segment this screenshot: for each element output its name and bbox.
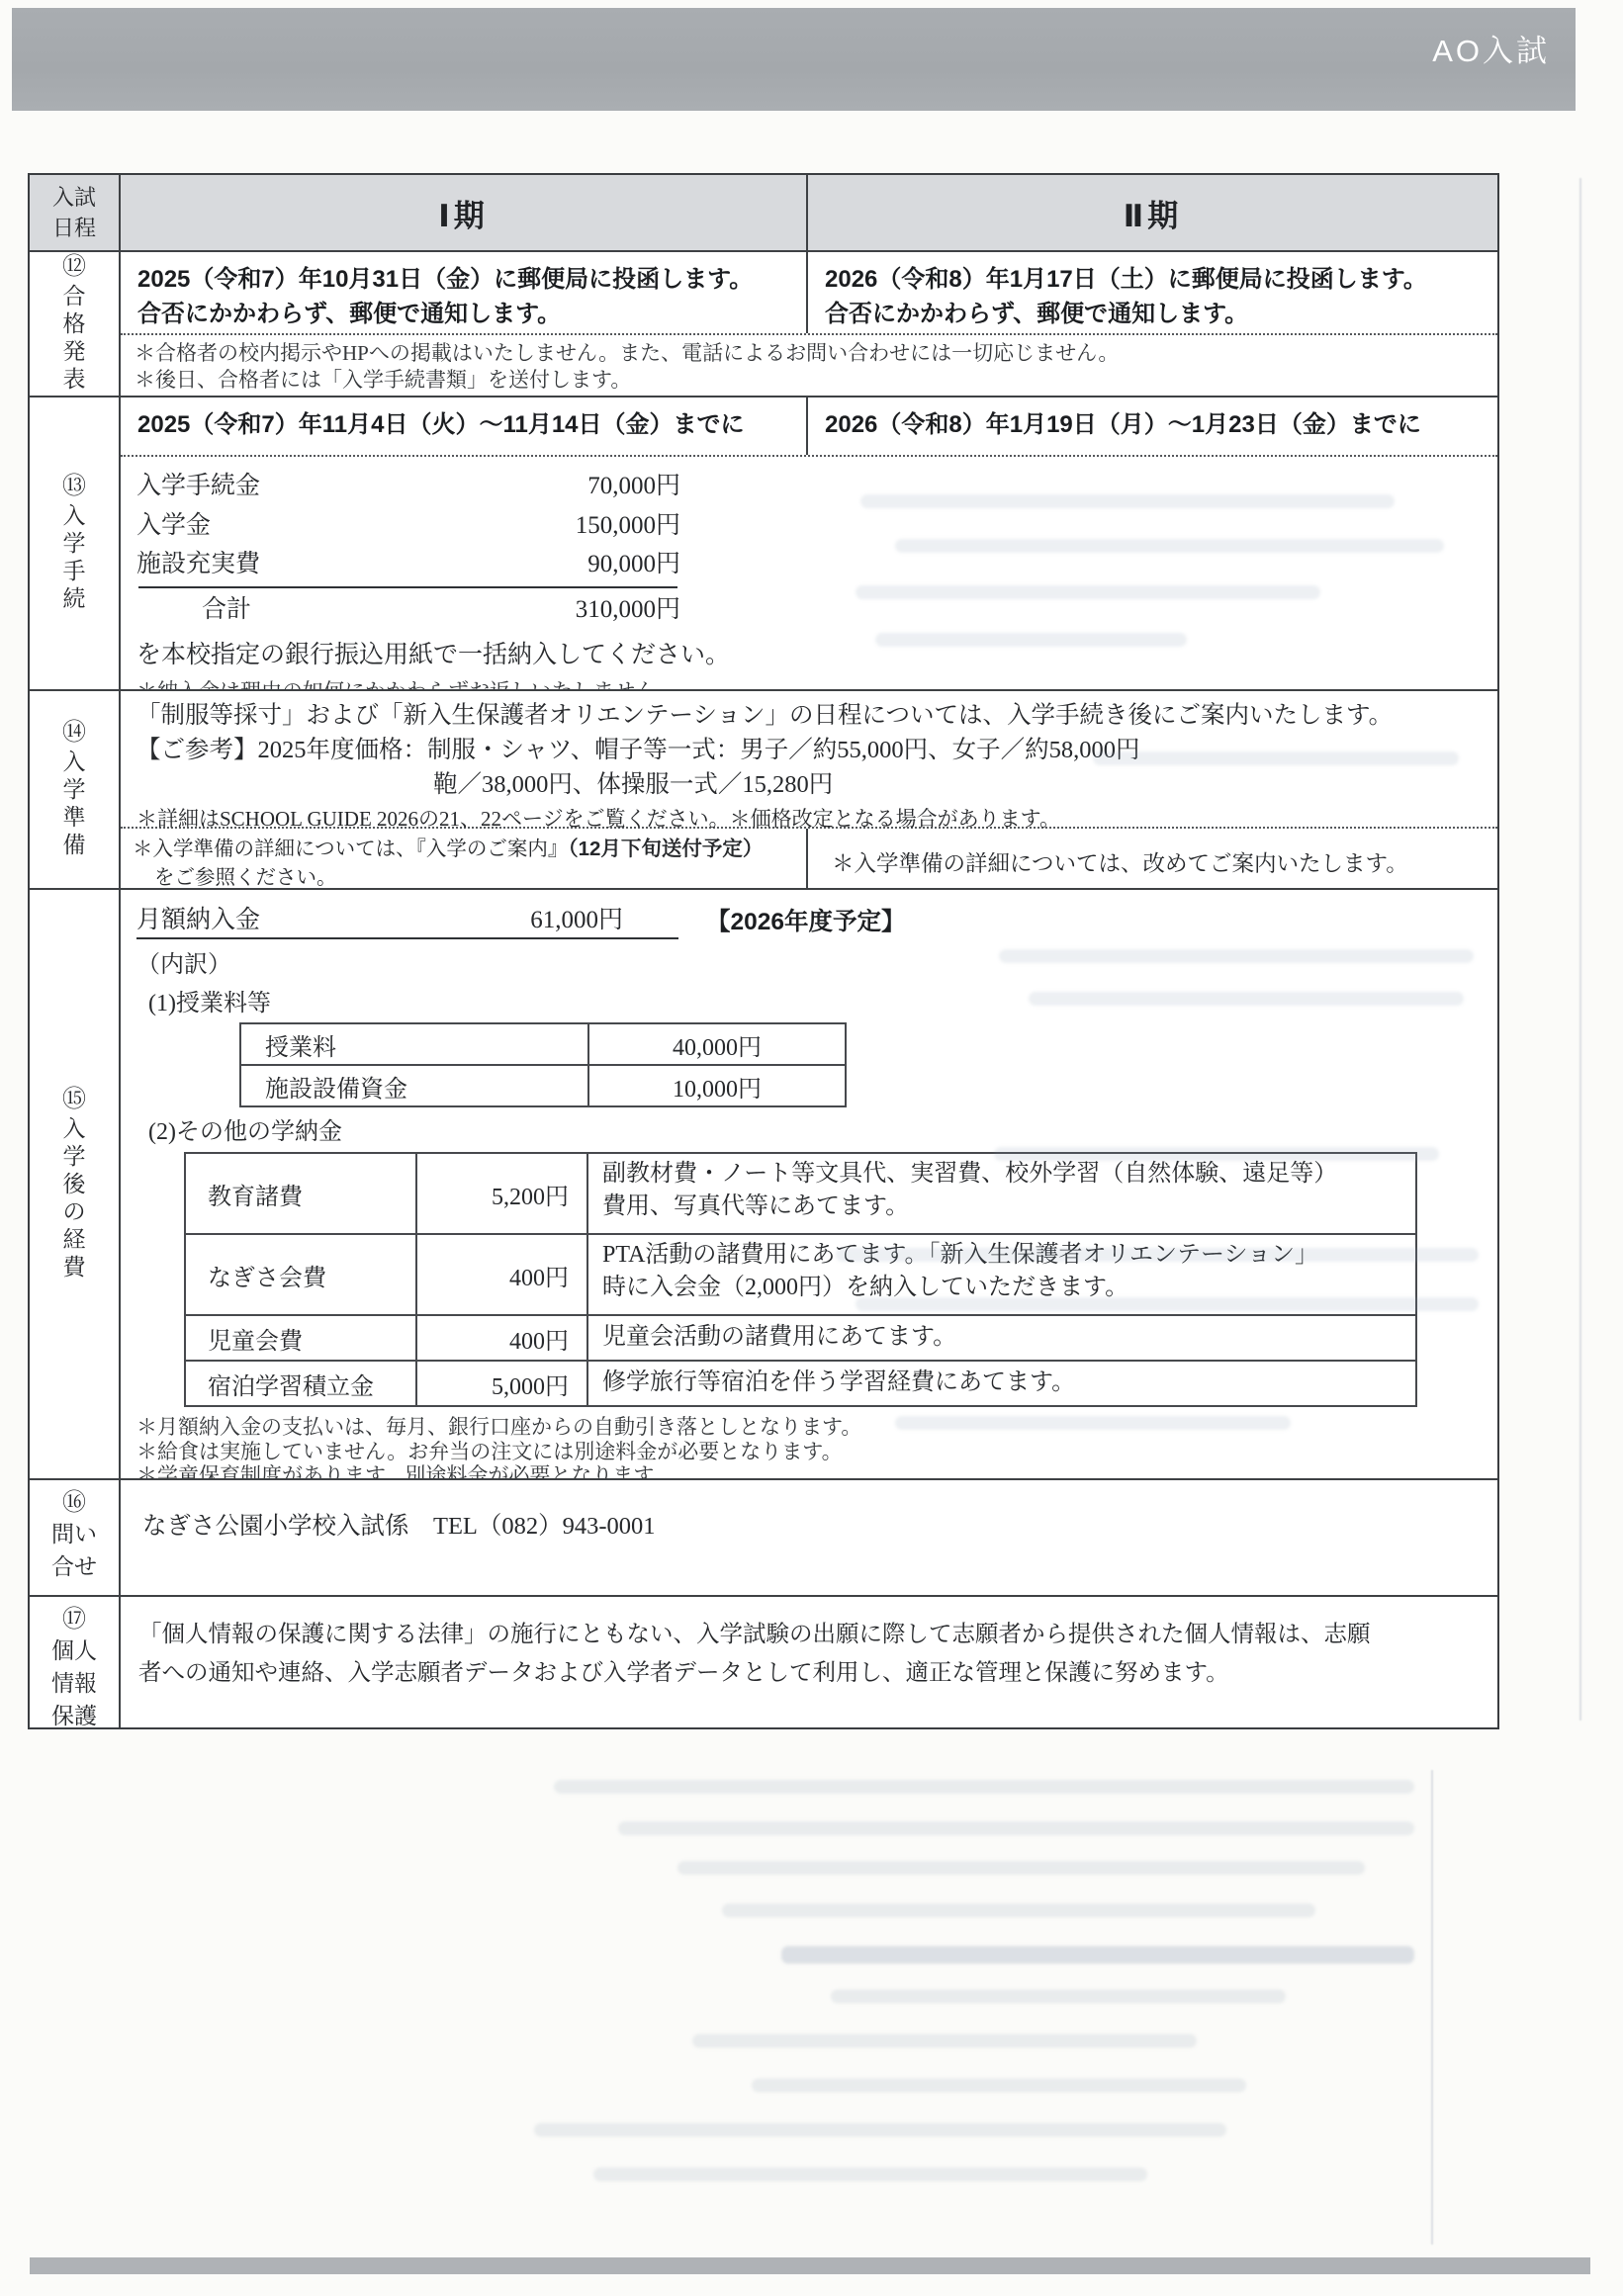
row12-term2-line2: 合否にかかわらず、郵便で通知します。 [825,298,1497,332]
row12-note1: ＊合格者の校内掲示やHPへの掲載はいたしません。また、電話によるお問い合わせには… [135,340,1497,367]
row15-number: ⑮ [62,1087,86,1112]
row14-note1-bold: （12月下旬送付予定） [568,838,763,860]
row12-term1-cell: 2025（令和7）年10月31日（金）に郵便局に投函します。 合否にかかわらず、… [121,252,806,333]
row13-label: 入学手続 [58,502,89,613]
row16-label-cell: ⑯ 問い合せ [30,1480,121,1595]
monthly-payment-label: 月額納入金 [136,900,260,935]
fee-name: 施設充実費 [136,545,384,584]
desc-line: 時に入会金（2,000円）を納入していただきます。 [602,1272,1415,1304]
row14-term1-note: ＊入学準備の詳細については、『入学のご案内』（12月下旬送付予定） をご参照くだ… [121,829,806,888]
fee-amount: 90,000円 [384,545,680,584]
row13-number: ⑬ [62,474,86,499]
tuition-table: 授業料 40,000円 施設設備資金 10,000円 [239,1022,847,1107]
desc-line: 修学旅行等宿泊を伴う学習経費にあてます。 [602,1367,1075,1399]
column-header-term1: Ⅰ期 [121,175,806,250]
row17-number: ⑰ [62,1607,86,1633]
row12-term1-line2: 合否にかかわらず、郵便で通知します。 [137,298,806,332]
fee-row: 入学金 150,000円 [136,506,690,546]
monthly-payment-year-note: 【2026年度予定】 [706,903,906,939]
row12-term2-cell: 2026（令和8）年1月17日（土）に郵便局に投函します。 合否にかかわらず、郵… [806,252,1497,333]
row14-label: 入学準備 [58,749,89,859]
row-gokaku-happyo: ⑫ 合格発表 2025（令和7）年10月31日（金）に郵便局に投函します。 合否… [30,252,1497,397]
fee-total-label: 合計 [136,590,384,630]
fee-name: 入学手続金 [136,467,384,506]
other-fee-amount: 5,200円 [415,1154,586,1233]
row13-label-cell: ⑬ 入学手続 [30,397,121,689]
desc-line: 費用、写真代等にあてます。 [602,1191,1415,1223]
other-fee-name: なぎさ会費 [186,1235,415,1314]
row14-content: 「制服等採寸」および「新入生保護者オリエンテーション」の日程については、入学手続… [121,691,1497,888]
other-fee-row: 教育諸費 5,200円 副教材費・ノート等文具代、実習費、校外学習（自然体験、遠… [186,1154,1415,1233]
privacy-line2: 者への通知や連絡、入学志願者データおよび入学者データとして利用し、適正な管理と保… [138,1654,1497,1693]
other-fees-table: 教育諸費 5,200円 副教材費・ノート等文具代、実習費、校外学習（自然体験、遠… [184,1152,1417,1407]
section1-title: (1)授業料等 [148,983,1497,1017]
desc-line: 副教材費・ノート等文具代、実習費、校外学習（自然体験、遠足等） [602,1158,1415,1191]
row12-number: ⑫ [62,254,86,280]
other-fee-row: 児童会費 400円 児童会活動の諸費用にあてます。 [186,1314,1415,1360]
row-kojin-joho-hogo: ⑰ 個人情報保護 「個人情報の保護に関する法律」の施行にともない、入学試験の出願… [30,1597,1497,1727]
bleed-through-artifact [677,1861,1365,1875]
other-fee-row: なぎさ会費 400円 PTA活動の諸費用にあてます。「新入生保護者オリエンテーシ… [186,1233,1415,1314]
row15-content: 月額納入金 61,000円 【2026年度予定】 （内訳） (1)授業料等 授業… [121,890,1497,1478]
page-header-band: AO入試 [12,8,1576,111]
row12-label-cell: ⑫ 合格発表 [30,252,121,396]
breakdown-label: （内訳） [136,944,1497,979]
row17-label-cell: ⑰ 個人情報保護 [30,1597,121,1727]
bleed-through-artifact [722,1903,1315,1917]
privacy-line1: 「個人情報の保護に関する法律」の施行にともない、入学試験の出願に際して志願者から… [138,1616,1497,1654]
bleed-through-artifact [618,1821,1414,1835]
row14-term2-note: ＊入学準備の詳細については、改めてご案内いたします。 [806,829,1497,888]
row15-note: ＊給食は実施していません。お弁当の注文には別途料金が必要となります。 [136,1440,1497,1464]
scanned-document-page: AO入試 入試日程 Ⅰ期 Ⅱ期 ⑫ 合格発表 2025（令和7）年10月31日（… [0,0,1623,2296]
admission-schedule-table: 入試日程 Ⅰ期 Ⅱ期 ⑫ 合格発表 2025（令和7）年10月31日（金）に郵便… [28,173,1499,1729]
row16-label: 問い合せ [47,1519,101,1583]
row16-contact: なぎさ公園小学校入試係 TEL（082）943-0001 [121,1480,1497,1595]
bleed-through-artifact [534,2123,1226,2137]
row15-label: 入学後の経費 [58,1115,89,1281]
row12-note2: ＊後日、合格者には「入学手続書類」を送付します。 [135,367,1497,394]
row17-label: 個人情報保護 [47,1635,101,1727]
row14-note1-post: をご参照ください。 [133,867,337,888]
bleed-through-artifact [1579,178,1581,1721]
row13-note: ＊納入金は理由の如何にかかわらずお返しいたしません。 [136,675,1497,689]
other-fee-desc: 修学旅行等宿泊を伴う学習経費にあてます。 [586,1362,1415,1405]
bleed-through-artifact [593,2167,1147,2181]
monthly-payment-amount: 61,000円 [530,900,623,935]
desc-line: PTA活動の諸費用にあてます。「新入生保護者オリエンテーション」 [602,1239,1415,1272]
row15-label-cell: ⑮ 入学後の経費 [30,890,121,1478]
fee-total-rule [138,586,677,588]
row-nyugakugo-keihi: ⑮ 入学後の経費 月額納入金 61,000円 【2026年度予定】 （内訳） (… [30,890,1497,1480]
row17-privacy-text: 「個人情報の保護に関する法律」の施行にともない、入学試験の出願に際して志願者から… [121,1597,1497,1727]
row-toiawase: ⑯ 問い合せ なぎさ公園小学校入試係 TEL（082）943-0001 [30,1480,1497,1597]
tuition-name: 授業料 [241,1024,587,1064]
row12-term2-line1: 2026（令和8）年1月17日（土）に郵便局に投函します。 [825,263,1497,298]
monthly-payment-line: 月額納入金 61,000円 【2026年度予定】 [136,900,1497,939]
row14-number: ⑭ [62,720,86,746]
row13-term1: 2025（令和7）年11月4日（火）～11月14日（金）までに [121,397,806,455]
corner-header-label: 入試日程 [48,182,100,243]
page-footer-band [30,2257,1590,2274]
other-fee-amount: 400円 [415,1235,586,1314]
row12-term1-line1: 2025（令和7）年10月31日（金）に郵便局に投函します。 [137,263,806,298]
row12-label: 合格発表 [58,283,89,394]
other-fee-row: 宿泊学習積立金 5,000円 修学旅行等宿泊を伴う学習経費にあてます。 [186,1360,1415,1405]
tuition-amount: 40,000円 [587,1024,845,1064]
tuition-name: 施設設備資金 [241,1066,587,1105]
row14-label-cell: ⑭ 入学準備 [30,691,121,888]
other-fee-desc: PTA活動の諸費用にあてます。「新入生保護者オリエンテーション」 時に入会金（2… [586,1235,1415,1314]
tuition-amount: 10,000円 [587,1066,845,1105]
row12-dates: 2025（令和7）年10月31日（金）に郵便局に投函します。 合否にかかわらず、… [121,252,1497,333]
row-nyugaku-tetsuzuki: ⑬ 入学手続 2025（令和7）年11月4日（火）～11月14日（金）までに 2… [30,397,1497,691]
fee-total-amount: 310,000円 [384,590,680,630]
fee-row: 施設充実費 90,000円 [136,545,690,584]
fee-total-row: 合計 310,000円 [136,590,690,630]
row14-line3: 鞄／38,000円、体操服一式／15,280円 [433,768,1497,803]
other-fee-amount: 5,000円 [415,1362,586,1405]
row14-line2: 【ご参考】2025年度価格：制服・シャツ、帽子等一式：男子／約55,000円、女… [136,734,1497,768]
desc-line: 児童会活動の諸費用にあてます。 [602,1321,956,1354]
row12-notes: ＊合格者の校内掲示やHPへの掲載はいたしません。また、電話によるお問い合わせには… [121,333,1497,396]
row14-note1-pre: ＊入学準備の詳細については、『入学のご案内』 [133,839,568,860]
row13-term2: 2026（令和8）年1月19日（月）～1月23日（金）までに [806,397,1497,455]
row14-line1: 「制服等採寸」および「新入生保護者オリエンテーション」の日程については、入学手続… [136,699,1497,734]
other-fee-name: 教育諸費 [186,1154,415,1233]
row14-term-notes: ＊入学準備の詳細については、『入学のご案内』（12月下旬送付予定） をご参照くだ… [121,827,1497,888]
column-header-term2: Ⅱ期 [806,175,1497,250]
table-header-row: 入試日程 Ⅰ期 Ⅱ期 [30,175,1497,252]
fee-name: 入学金 [136,506,384,546]
tuition-row: 授業料 40,000円 [241,1024,845,1064]
bleed-through-artifact [752,2078,1246,2092]
other-fee-name: 宿泊学習積立金 [186,1362,415,1405]
other-fee-name: 児童会費 [186,1316,415,1360]
bleed-through-artifact [781,1946,1414,1964]
section2-title: (2)その他の学納金 [148,1111,1497,1146]
row-nyugaku-junbi: ⑭ 入学準備 「制服等採寸」および「新入生保護者オリエンテーション」の日程につい… [30,691,1497,890]
other-fee-desc: 児童会活動の諸費用にあてます。 [586,1316,1415,1360]
row12-content: 2025（令和7）年10月31日（金）に郵便局に投函します。 合否にかかわらず、… [121,252,1497,396]
bleed-through-artifact [831,1989,1286,2003]
fee-amount: 70,000円 [384,467,680,506]
fee-row: 入学手続金 70,000円 [136,467,690,506]
row13-fee-block: 入学手続金 70,000円 入学金 150,000円 施設充実費 90,000円… [121,455,1497,689]
bleed-through-artifact [1431,1770,1433,2245]
row13-content: 2025（令和7）年11月4日（火）～11月14日（金）までに 2026（令和8… [121,397,1497,689]
row14-info: 「制服等採寸」および「新入生保護者オリエンテーション」の日程については、入学手続… [121,691,1497,827]
row15-note: ＊学童保育制度があります。別途料金が必要となります。 [136,1463,1497,1478]
other-fee-amount: 400円 [415,1316,586,1360]
bleed-through-artifact [692,2034,1197,2048]
row15-note: ＊月額納入金の支払いは、毎月、銀行口座からの自動引き落としとなります。 [136,1415,1497,1440]
row16-number: ⑯ [62,1490,86,1516]
other-fee-desc: 副教材費・ノート等文具代、実習費、校外学習（自然体験、遠足等） 費用、写真代等に… [586,1154,1415,1233]
row13-pay-line: を本校指定の銀行振込用紙で一括納入してください。 [136,635,1497,670]
exam-type-label: AO入試 [1432,26,1550,70]
monthly-payment-underlined: 月額納入金 61,000円 [136,900,678,939]
corner-header-cell: 入試日程 [30,175,121,250]
fee-amount: 150,000円 [384,506,680,546]
row15-notes: ＊月額納入金の支払いは、毎月、銀行口座からの自動引き落としとなります。 ＊給食は… [136,1415,1497,1478]
bleed-through-artifact [554,1780,1414,1794]
tuition-row: 施設設備資金 10,000円 [241,1064,845,1105]
row13-dates: 2025（令和7）年11月4日（火）～11月14日（金）までに 2026（令和8… [121,397,1497,455]
